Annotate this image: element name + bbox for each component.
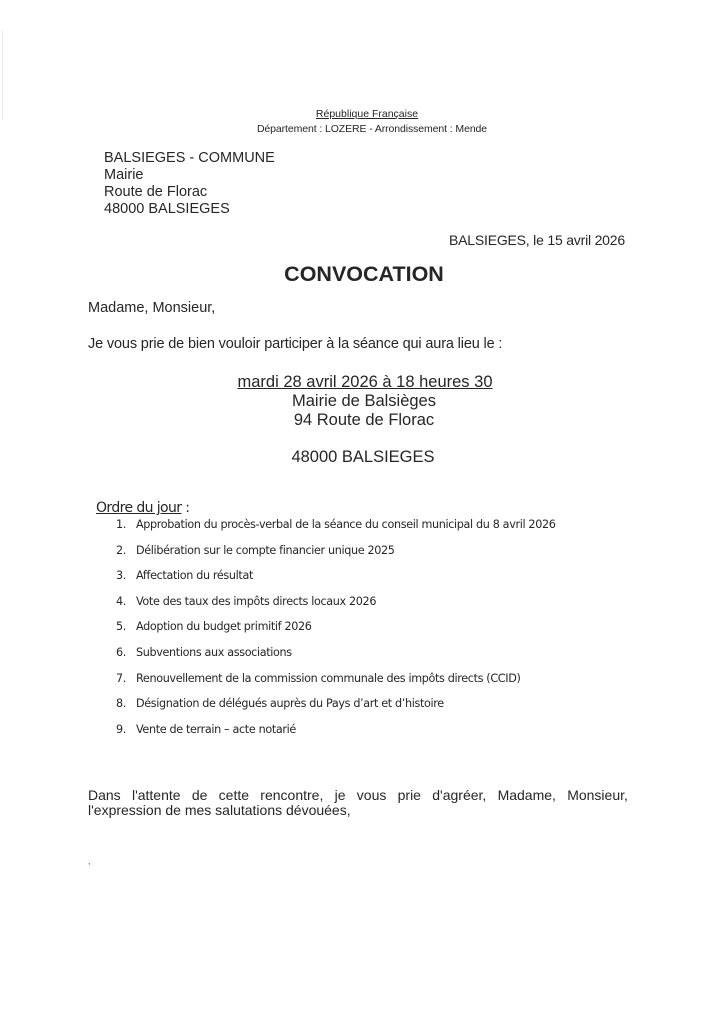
closing-word: cette [219,788,249,803]
agenda-item: 2.Délibération sur le compte financier u… [116,544,556,570]
closing-word: je [335,788,346,803]
sender-line: Route de Florac [104,184,275,201]
meeting-datetime: mardi 28 avril 2026 à 18 heures 30 [238,373,493,391]
meeting-street: 94 Route de Florac [4,411,724,430]
sender-line: BALSIEGES - COMMUNE [104,150,275,167]
agenda-item: 1.Approbation du procès-verbal de la séa… [116,518,556,544]
agenda-item-number: 9. [116,723,136,736]
agenda-item-number: 7. [116,672,136,685]
closing-paragraph: Dansl'attentedecetterencontre,jevousprie… [88,788,628,818]
agenda-item: 6.Subventions aux associations [116,646,556,672]
agenda-item: 7.Renouvellement de la commission commun… [116,672,556,698]
agenda-item-text: Approbation du procès-verbal de la séanc… [136,518,556,531]
agenda-item-text: Adoption du budget primitif 2026 [136,620,312,633]
sender-address: BALSIEGES - COMMUNE Mairie Route de Flor… [104,150,275,218]
agenda-heading: Ordre du jour : [96,500,189,516]
agenda-item-text: Délibération sur le compte financier uni… [136,544,395,557]
agenda-item-number: 8. [116,697,136,710]
agenda-item-text: Vote des taux des impôts directs locaux … [136,595,376,608]
sender-line: Mairie [104,167,275,184]
agenda-item: 4.Vote des taux des impôts directs locau… [116,595,556,621]
republic-label: République Française [316,108,418,120]
agenda-item-text: Renouvellement de la commission communal… [136,672,520,685]
meeting-venue: Mairie de Balsièges [4,392,724,411]
agenda-item: 3.Affectation du résultat [116,569,556,595]
place-and-date: BALSIEGES, le 15 avril 2026 [449,232,625,248]
closing-word: Monsieur, [567,788,628,803]
agenda-item-number: 6. [116,646,136,659]
department-line: Département : LOZERE - Arrondissement : … [10,123,724,135]
agenda-item-number: 1. [116,518,136,531]
agenda-item-number: 5. [116,620,136,633]
closing-word: Dans [88,788,121,803]
closing-word: d'agréer, [432,788,486,803]
agenda-item-text: Affectation du résultat [136,569,253,582]
republic-header: République Française [0,108,724,120]
closing-word: rencontre, [260,788,323,803]
closing-word: Madame, [498,788,556,803]
closing-word: vous [357,788,387,803]
agenda-item-number: 3. [116,569,136,582]
agenda-item-number: 2. [116,544,136,557]
closing-line-1: Dansl'attentedecetterencontre,jevousprie… [88,788,628,803]
agenda-item-text: Désignation de délégués auprès du Pays d… [136,697,444,710]
intro-text: Je vous prie de bien vouloir participer … [88,336,502,352]
scan-edge-line [2,30,3,120]
closing-line-2: l'expression de mes salutations dévouées… [88,803,628,818]
document-title: CONVOCATION [2,262,724,287]
agenda-item-number: 4. [116,595,136,608]
meeting-details: mardi 28 avril 2026 à 18 heures 30 Mairi… [0,373,724,467]
agenda-item-text: Vente de terrain – acte notarié [136,723,296,736]
stray-mark: , [88,856,91,866]
agenda-title: Ordre du jour [96,500,181,516]
closing-word: prie [398,788,421,803]
meeting-city: 48000 BALSIEGES [2,448,724,467]
agenda-item: 5.Adoption du budget primitif 2026 [116,620,556,646]
agenda-item: 9.Vente de terrain – acte notarié [116,723,556,749]
closing-word: de [192,788,208,803]
agenda-item-text: Subventions aux associations [136,646,292,659]
agenda-item: 8.Désignation de délégués auprès du Pays… [116,697,556,723]
salutation: Madame, Monsieur, [88,300,215,316]
agenda-title-suffix: : [181,500,189,516]
agenda-list: 1.Approbation du procès-verbal de la séa… [116,518,556,748]
closing-word: l'attente [132,788,181,803]
sender-line: 48000 BALSIEGES [104,201,275,218]
